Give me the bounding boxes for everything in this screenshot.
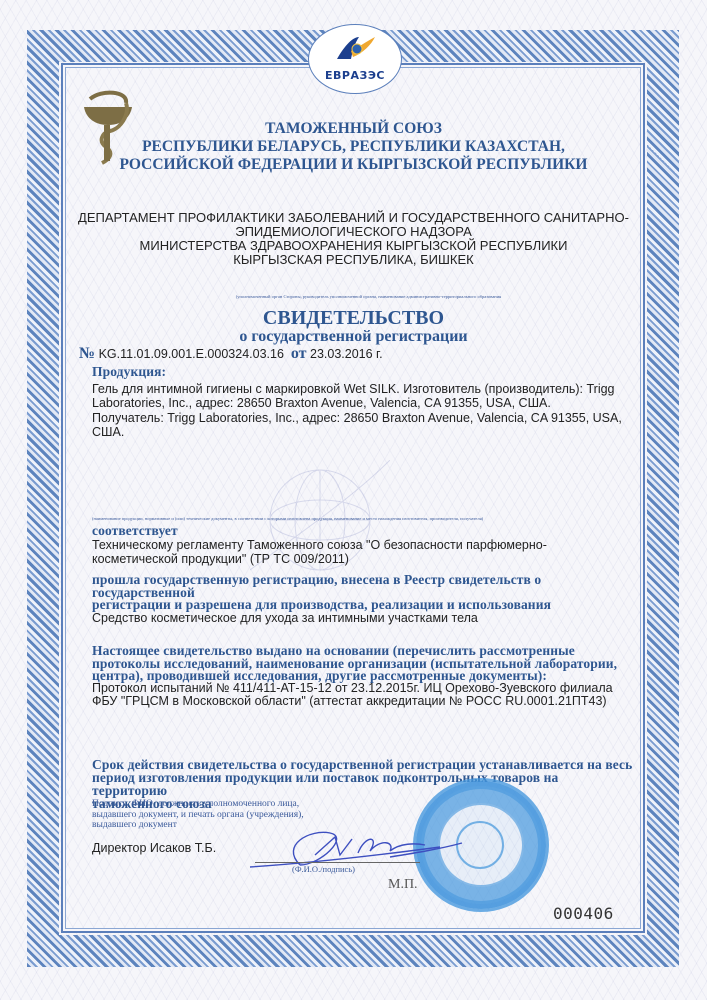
conformity-heading: соответствует — [92, 525, 633, 538]
serial-number: 000406 — [553, 904, 614, 923]
registration-section: прошла государственную регистрацию, внес… — [92, 574, 633, 624]
customs-union-title: ТАМОЖЕННЫЙ СОЮЗ РЕСПУБЛИКИ БЕЛАРУСЬ, РЕС… — [66, 120, 641, 174]
eurasec-emblem: ЕВРАЗЭС — [308, 24, 402, 94]
certificate-number: KG.11.01.09.001.E.000324.03.16 — [99, 347, 284, 361]
eurasec-logo-icon — [333, 35, 377, 61]
product-section: Продукция: Гель для интимной гигиены с м… — [92, 366, 633, 440]
signature-line-caption: (Ф.И.О./подпись) — [292, 864, 355, 874]
basis-documents: Протокол испытаний № 411/411-АТ-15-12 от… — [92, 683, 633, 709]
number-label: № — [79, 345, 95, 362]
registration-heading: прошла государственную регистрацию, внес… — [92, 574, 633, 612]
product-description: Гель для интимной гигиены с маркировкой … — [92, 382, 633, 440]
certificate-number-line: № KG.11.01.09.001.E.000324.03.16 от 23.0… — [79, 345, 383, 363]
certificate-date: 23.03.2016 г. — [310, 347, 383, 361]
authority-caption: (уполномоченный орган Стороны, руководит… — [110, 294, 627, 299]
basis-section: Настоящее свидетельство выдано на основа… — [92, 645, 633, 708]
conformity-section: соответствует Техническому регламенту Та… — [92, 525, 633, 567]
product-caption: (наименование продукции, нормативные и (… — [92, 516, 621, 521]
product-heading: Продукция: — [92, 366, 633, 379]
seal-label: М.П. — [388, 877, 418, 893]
conformity-regulation: Техническому регламенту Таможенного союз… — [92, 538, 633, 567]
issuing-department: ДЕПАРТАМЕНТ ПРОФИЛАКТИКИ ЗАБОЛЕВАНИЙ И Г… — [66, 211, 641, 267]
emblem-name: ЕВРАЗЭС — [309, 69, 401, 82]
basis-heading: Настоящее свидетельство выдано на основа… — [92, 645, 633, 683]
signature-line — [255, 862, 420, 863]
certificate-subtitle: о государственной регистрации — [66, 328, 641, 345]
registration-value: Средство косметическое для ухода за инти… — [92, 612, 633, 624]
date-label: от — [291, 345, 307, 362]
certificate-title: СВИДЕТЕЛЬСТВО — [66, 308, 641, 328]
